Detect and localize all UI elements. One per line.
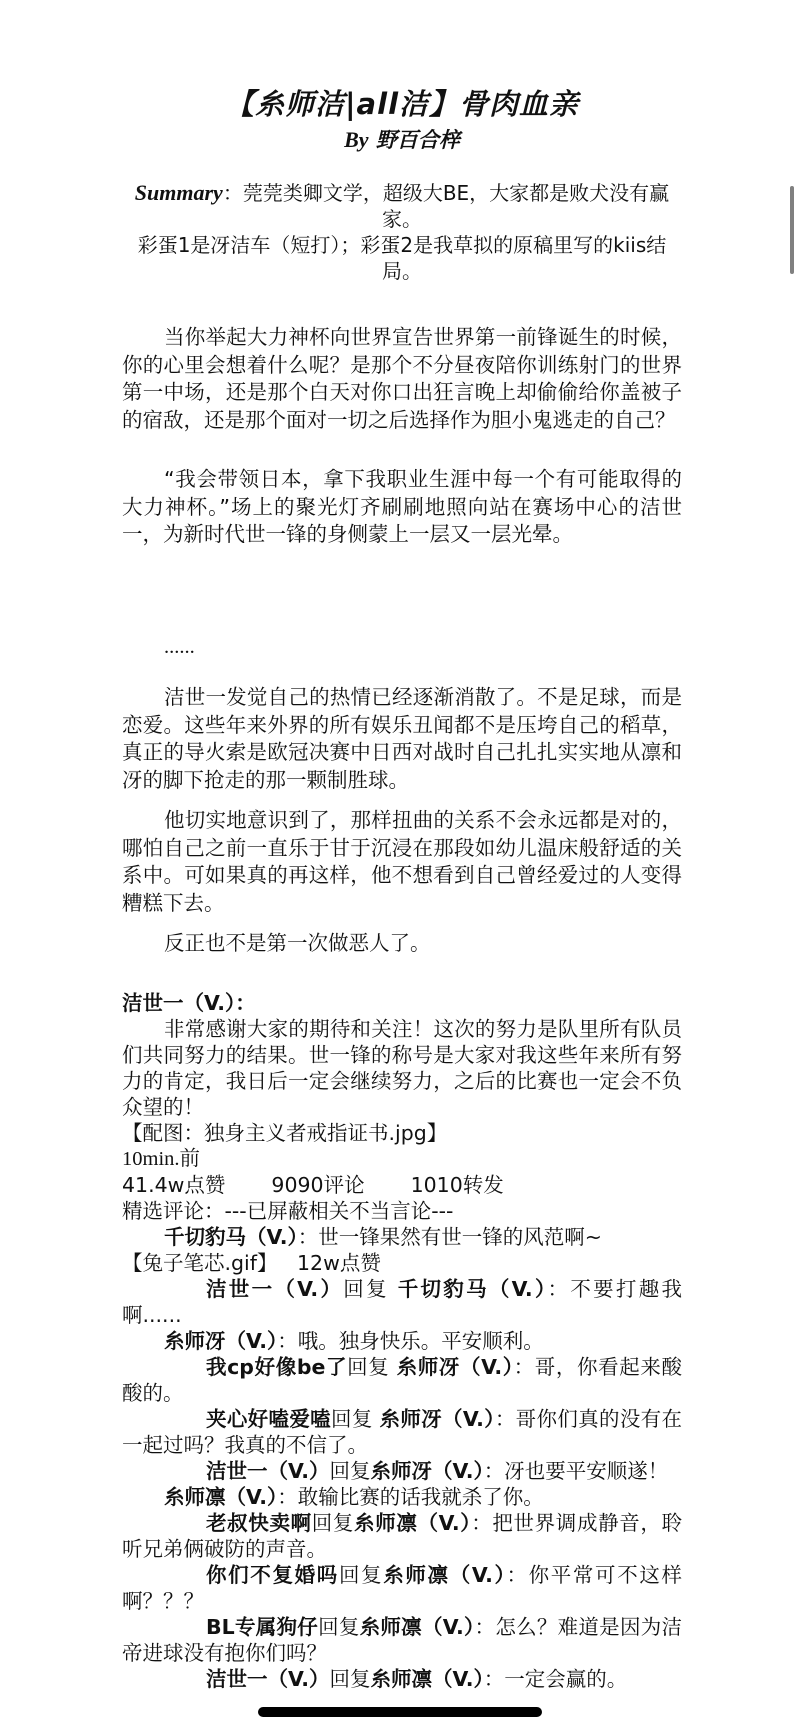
author-line: By 野百合梓 [122,126,682,154]
comment: 糸师冴（V.）：哦。独身快乐。平安顺利。 [122,1328,682,1354]
social-post: 洁世一（V.）： 非常感谢大家的期待和关注！这次的努力是队里所有队员们共同努力的… [122,990,682,1692]
post-comments-count: 9090评论 [271,1173,364,1197]
reply: 洁世一（V.）回复 千切豹马（V.）：不要打趣我啊...... [122,1276,682,1328]
reply-user: 我cp好像be了 [206,1355,347,1379]
summary: Summary：莞莞类卿文学，超级大BE，大家都是败犬没有赢家。 彩蛋1是冴洁车… [122,180,682,284]
reply: 你们不复婚吗回复糸师凛（V.）：你平常可不这样啊？？？ [122,1562,682,1614]
reply-target: 糸师凛（V.） [360,1615,475,1639]
reply-target: 糸师凛（V.） [371,1667,484,1691]
comment-attachment: 【兔子笔芯.gif】 [122,1251,277,1275]
reply-user: BL专属狗仔 [206,1615,318,1639]
comment: 糸师凛（V.）：敢输比赛的话我就杀了你。 [122,1484,682,1510]
comment-text: 世一锋果然有世一锋的风范啊~ [318,1225,602,1249]
home-indicator-bar[interactable] [258,1707,542,1717]
summary-line-2: 彩蛋1是冴洁车（短打）；彩蛋2是我草拟的原稿里写的kiis结局。 [122,232,682,284]
reply-target: 糸师凛（V.） [383,1563,506,1587]
reply-target: 糸师冴（V.） [371,1459,484,1483]
work-title: 【糸师洁|all洁】骨肉血亲 [122,86,682,122]
reply-user: 洁世一（V.） [206,1459,330,1483]
reply-target: 糸师冴（V.） [380,1407,495,1431]
comment: 千切豹马（V.）：世一锋果然有世一锋的风范啊~ [122,1224,682,1250]
vertical-scrollbar[interactable] [790,186,794,274]
reply: 我cp好像be了回复 糸师冴（V.）：哥，你看起来酸酸的。 [122,1354,682,1406]
reply: BL专属狗仔回复糸师凛（V.）：怎么？难道是因为洁帝进球没有抱你们吗？ [122,1614,682,1666]
comment-user: 千切豹马（V.） [164,1225,298,1249]
post-reposts: 1010转发 [411,1173,504,1197]
reply-user: 夹心好嗑爱嗑 [206,1407,331,1431]
reply-user: 洁世一（V.） [206,1277,343,1301]
story-paragraph: “我会带领日本，拿下我职业生涯中每一个有可能取得的大力神杯。”场上的聚光灯齐刷刷… [122,466,682,549]
story-paragraph: 洁世一发觉自己的热情已经逐渐消散了。不是足球，而是恋爱。这些年来外界的所有娱乐丑… [122,684,682,794]
reply-target: 糸师凛（V.） [354,1511,471,1535]
story-ellipsis: ...... [122,634,682,662]
reply: 夹心好嗑爱嗑回复 糸师冴（V.）：哥你们真的没有在一起过吗？我真的不信了。 [122,1406,682,1458]
reply-target: 千切豹马（V.） [398,1277,548,1301]
comment-user: 糸师凛（V.） [164,1485,277,1509]
post-time: 10min.前 [122,1146,682,1172]
summary-line-1: Summary：莞莞类卿文学，超级大BE，大家都是败犬没有赢家。 [122,180,682,232]
story-paragraph: 反正也不是第一次做恶人了。 [122,930,682,958]
reply: 洁世一（V.）回复糸师冴（V.）：冴也要平安顺遂！ [122,1458,682,1484]
summary-label: Summary [135,180,223,205]
post-author: 洁世一（V.）： [122,991,256,1015]
reply: 洁世一（V.）回复糸师凛（V.）：一定会赢的。 [122,1666,682,1692]
comment-likes: 12w点赞 [297,1251,381,1275]
post-stats: 41.4w点赞9090评论1010转发 [122,1172,682,1198]
reply-user: 洁世一（V.） [206,1667,330,1691]
reply-text: 一定会赢的。 [504,1667,627,1691]
summary-text: 莞莞类卿文学，超级大BE，大家都是败犬没有赢家。 [243,181,669,231]
comment-text: 哦。独身快乐。平安顺利。 [298,1329,544,1353]
story-paragraph: 他切实地意识到了，那样扭曲的关系不会永远都是对的，哪怕自己之前一直乐于甘于沉浸在… [122,807,682,917]
reply-target: 糸师冴（V.） [397,1355,514,1379]
post-image-caption: 【配图：独身主义者戒指证书.jpg】 [122,1120,682,1146]
reply-text: 冴也要平安顺遂！ [504,1459,668,1483]
author-name: 野百合梓 [376,128,460,152]
reply-user: 老叔快卖啊 [206,1511,312,1535]
reply-user: 你们不复婚吗 [206,1563,339,1587]
post-content: 非常感谢大家的期待和关注！这次的努力是队里所有队员们共同努力的结果。世一锋的称号… [122,1016,682,1120]
post-likes: 41.4w点赞 [122,1173,225,1197]
story-paragraph: 当你举起大力神杯向世界宣告世界第一前锋诞生的时候，你的心里会想着什么呢？是那个不… [122,324,682,434]
comment-text: 敢输比赛的话我就杀了你。 [298,1485,544,1509]
comment-user: 糸师冴（V.） [164,1329,277,1353]
reply: 老叔快卖啊回复糸师凛（V.）：把世界调成静音，聆听兄弟俩破防的声音。 [122,1510,682,1562]
featured-comments-label: 精选评论：---已屏蔽相关不当言论--- [122,1198,682,1224]
author-prefix: By [344,127,368,152]
